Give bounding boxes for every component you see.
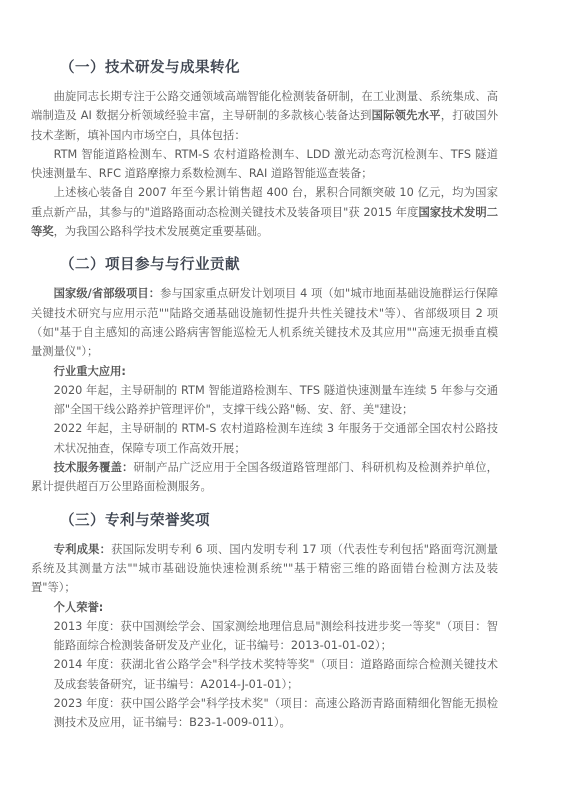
section-heading: （一）技术研发与成果转化 <box>31 58 498 79</box>
paragraph: 个人荣誉: <box>31 598 498 617</box>
section-heading: （二）项目参与与行业贡献 <box>31 255 498 276</box>
paragraph: 上述核心装备自 2007 年至今累计销售超 400 台，累积合同额突破 10 亿… <box>31 183 498 241</box>
paragraph: 行业重大应用: <box>31 362 498 381</box>
text-run: 2014 年度：获湖北省公路学会"科学技术奖特等奖"（项目：道路路面综合检测关键… <box>54 658 498 690</box>
bold-text-run: 行业重大应用: <box>54 365 126 378</box>
text-run: 2022 年起，主导研制的 RTM-S 农村道路检测车连续 3 年服务于交通部全… <box>54 422 498 454</box>
section-heading: （三）专利与荣誉奖项 <box>31 511 498 532</box>
section: （三）专利与荣誉奖项专利成果：获国际发明专利 6 项、国内发明专利 17 项（代… <box>31 511 498 733</box>
paragraph: 2014 年度：获湖北省公路学会"科学技术奖特等奖"（项目：道路路面综合检测关键… <box>54 655 498 694</box>
paragraph: 专利成果：获国际发明专利 6 项、国内发明专利 17 项（代表性专利包括"路面弯… <box>31 540 498 598</box>
bold-text-run: 国家级/省部级项目： <box>54 287 160 300</box>
text-run: ，为我国公路科学技术发展奠定重要基础。 <box>54 225 269 238</box>
section: （二）项目参与与行业贡献国家级/省部级项目：参与国家重点研发计划项目 4 项（如… <box>31 255 498 496</box>
bold-text-run: 国际领先水平 <box>372 109 441 122</box>
text-run: 2020 年起，主导研制的 RTM 智能道路检测车、TFS 隧道快速测量车连续 … <box>54 384 498 416</box>
paragraph: RTM 智能道路检测车、RTM-S 农村道路检测车、LDD 激光动态弯沉检测车、… <box>31 145 498 184</box>
text-run: RTM 智能道路检测车、RTM-S 农村道路检测车、LDD 激光动态弯沉检测车、… <box>31 148 498 180</box>
paragraph: 2013 年度：获中国测绘学会、国家测绘地理信息局"测绘科技进步奖一等奖"（项目… <box>54 617 498 656</box>
document-page: （一）技术研发与成果转化曲旋同志长期专注于公路交通领域高端智能化检测装备研制，在… <box>0 0 561 802</box>
text-run: 2013 年度：获中国测绘学会、国家测绘地理信息局"测绘科技进步奖一等奖"（项目… <box>54 620 498 652</box>
paragraph: 技术服务覆盖：研制产品广泛应用于全国各级道路管理部门、科研机构及检测养护单位，累… <box>31 458 498 497</box>
bold-text-run: 个人荣誉: <box>54 601 104 614</box>
section: （一）技术研发与成果转化曲旋同志长期专注于公路交通领域高端智能化检测装备研制，在… <box>31 58 498 241</box>
bold-text-run: 技术服务覆盖： <box>54 461 134 474</box>
bold-text-run: 专利成果： <box>54 543 112 556</box>
paragraph: 2020 年起，主导研制的 RTM 智能道路检测车、TFS 隧道快速测量车连续 … <box>54 381 498 420</box>
paragraph: 2022 年起，主导研制的 RTM-S 农村道路检测车连续 3 年服务于交通部全… <box>54 419 498 458</box>
document-body: （一）技术研发与成果转化曲旋同志长期专注于公路交通领域高端智能化检测装备研制，在… <box>0 0 561 733</box>
paragraph: 国家级/省部级项目：参与国家重点研发计划项目 4 项（如"城市地面基础设施群运行… <box>31 284 498 361</box>
text-run: 2023 年度：获中国公路学会"科学技术奖"（项目：高速公路沥青路面精细化智能无… <box>54 697 498 729</box>
paragraph: 曲旋同志长期专注于公路交通领域高端智能化检测装备研制，在工业测量、系统集成、高端… <box>31 87 498 145</box>
paragraph: 2023 年度：获中国公路学会"科学技术奖"（项目：高速公路沥青路面精细化智能无… <box>54 694 498 733</box>
